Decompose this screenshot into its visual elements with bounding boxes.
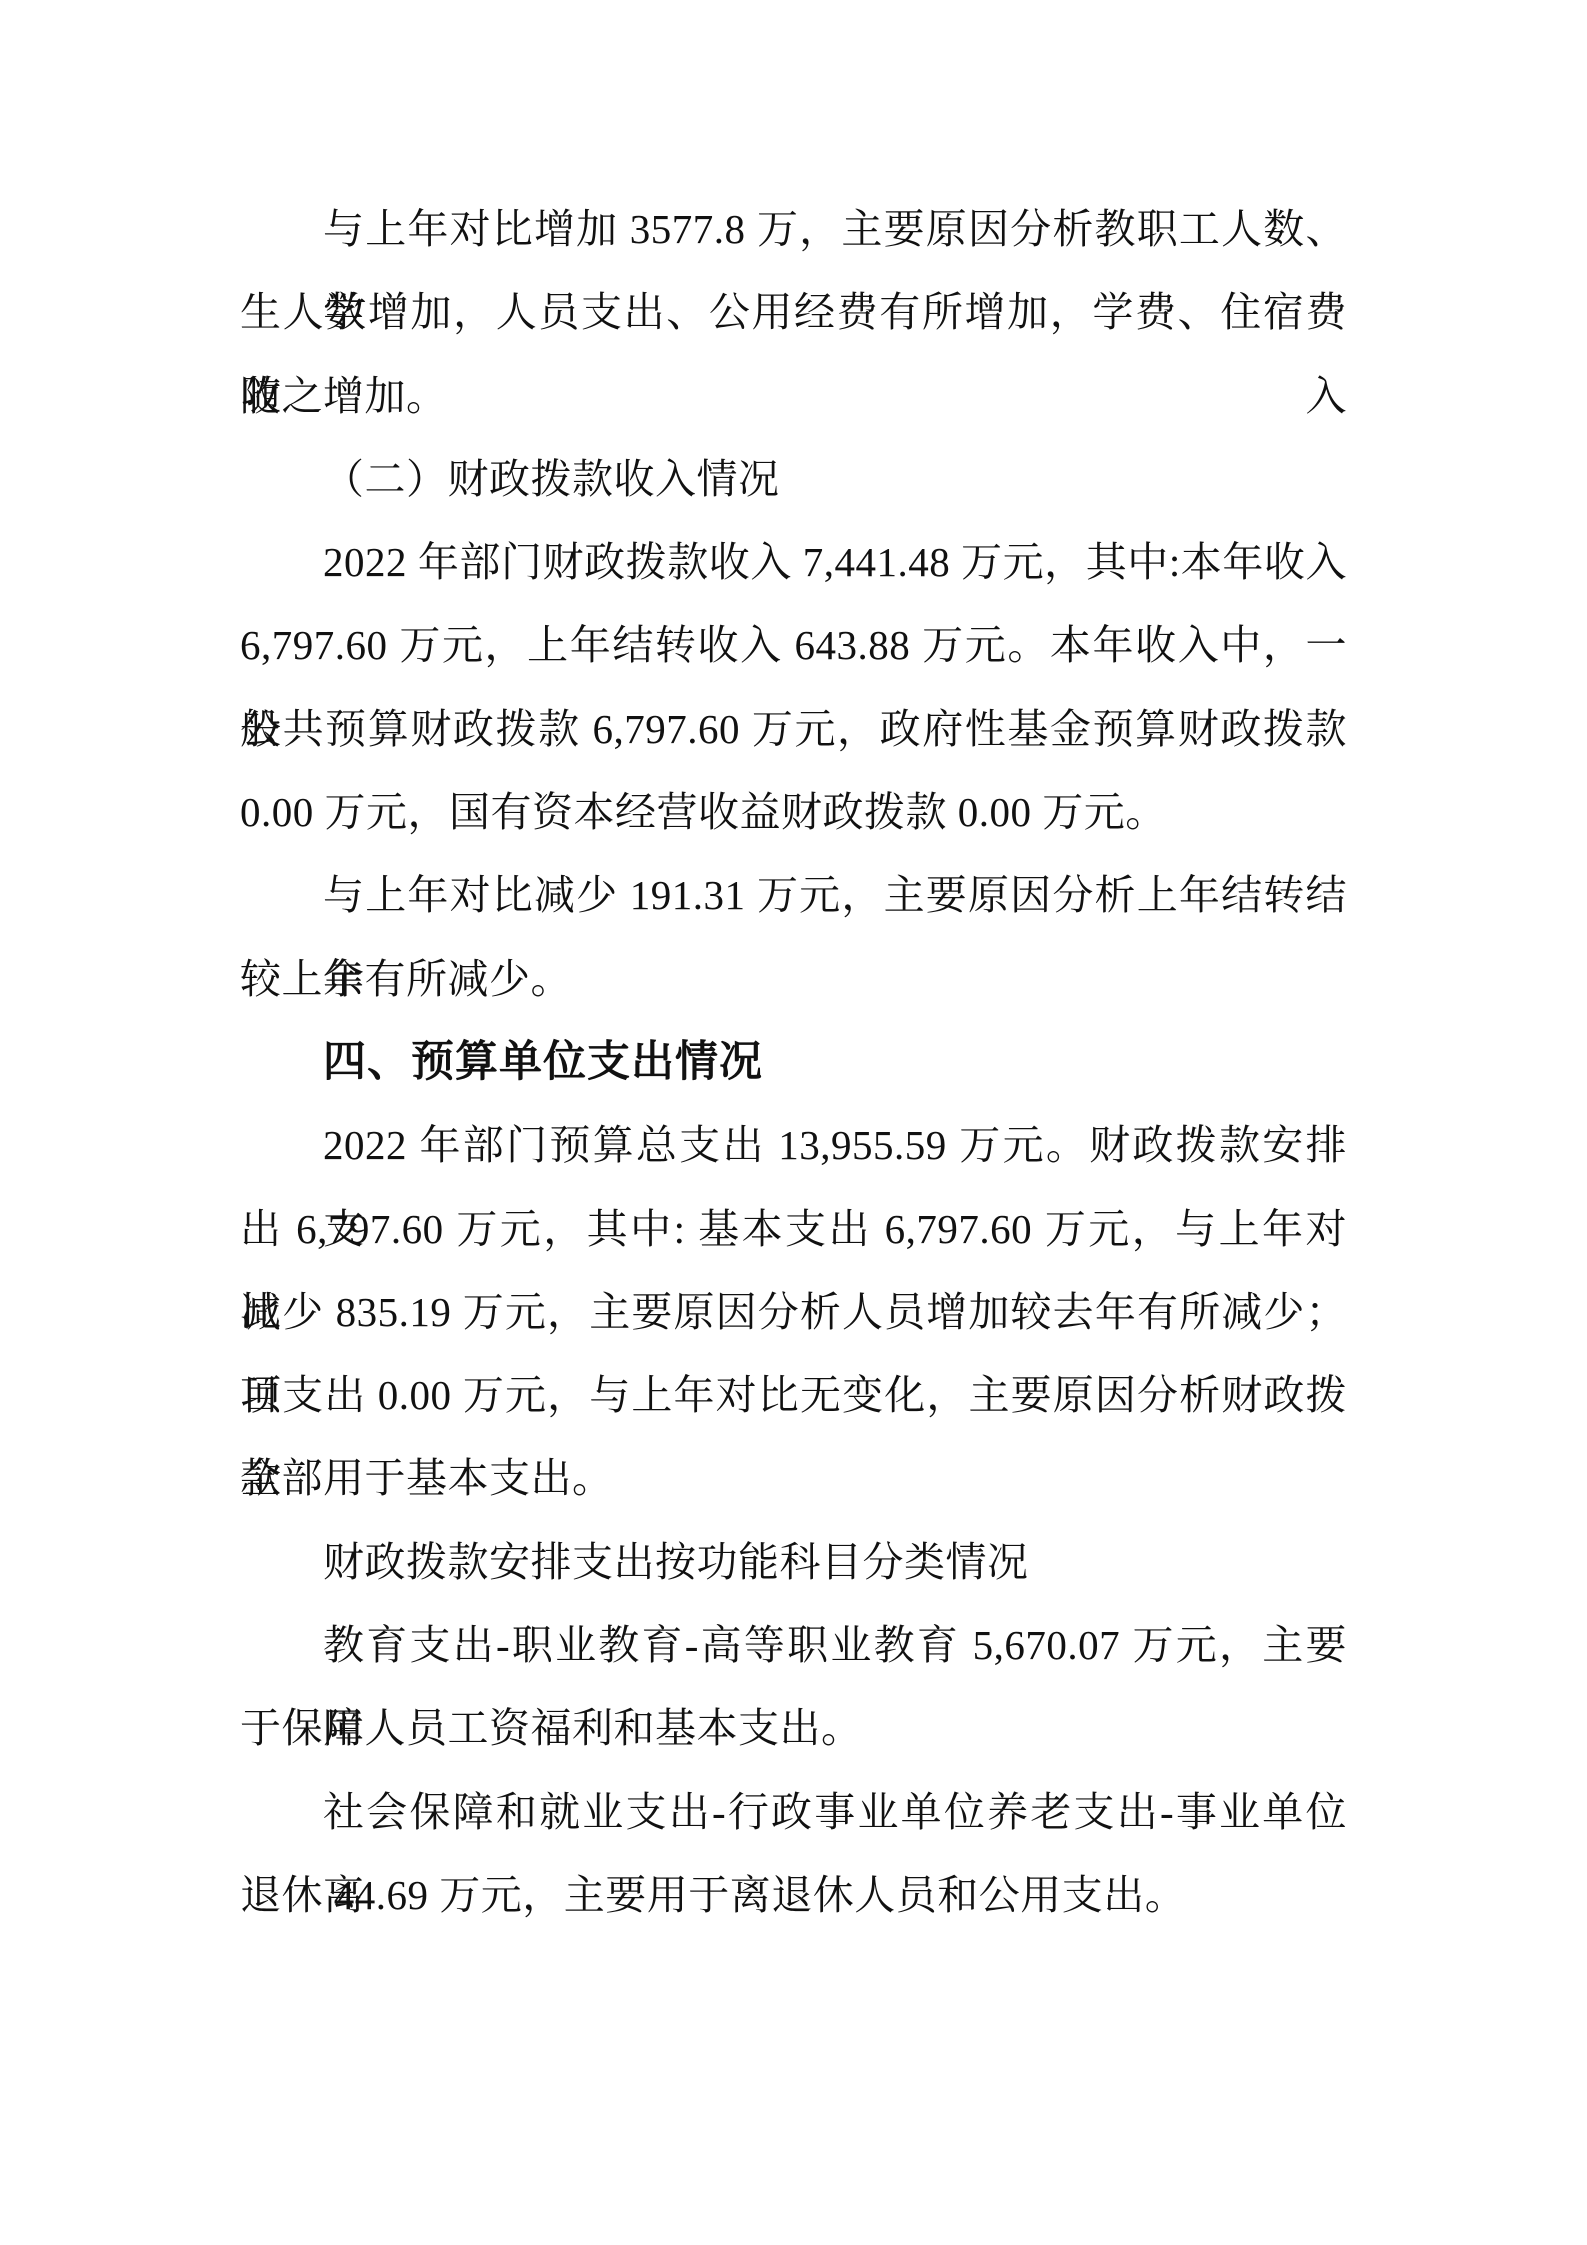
text-line: 较上年有所减少。 [240,938,1347,1021]
text-line: 6,797.60 万元，上年结转收入 643.88 万元。本年收入中，一般 [240,604,1347,687]
text-line: 与上年对比减少 191.31 万元，主要原因分析上年结转结余 [240,854,1347,937]
text-line: 退休 44.69 万元，主要用于离退休人员和公用支出。 [240,1854,1347,1937]
text-line: 公共预算财政拨款 6,797.60 万元，政府性基金预算财政拨款 [240,688,1347,771]
text-line: 出 6,797.60 万元，其中: 基本支出 6,797.60 万元，与上年对比 [240,1188,1347,1271]
text-line: 教育支出-职业教育-高等职业教育 5,670.07 万元，主要用 [240,1604,1347,1687]
text-line: 财政拨款安排支出按功能科目分类情况 [240,1521,1347,1604]
text-line: 减少 835.19 万元，主要原因分析人员增加较去年有所减少；项 [240,1271,1347,1354]
text-line: 全部用于基本支出。 [240,1437,1347,1520]
text-line: 社会保障和就业支出-行政事业单位养老支出-事业单位离 [240,1771,1347,1854]
text-line: 2022 年部门财政拨款收入 7,441.48 万元，其中:本年收入 [240,521,1347,604]
text-line: （二）财政拨款收入情况 [240,438,1347,521]
text-line: 与上年对比增加 3577.8 万，主要原因分析教职工人数、学 [240,188,1347,271]
document-body: 与上年对比增加 3577.8 万，主要原因分析教职工人数、学生人数增加，人员支出… [240,188,1347,1937]
text-line: 目支出 0.00 万元，与上年对比无变化，主要原因分析财政拨款 [240,1354,1347,1437]
text-line: 0.00 万元，国有资本经营收益财政拨款 0.00 万元。 [240,771,1347,854]
text-line: 2022 年部门预算总支出 13,955.59 万元。财政拨款安排支 [240,1104,1347,1187]
text-line: 于保障人员工资福利和基本支出。 [240,1687,1347,1770]
document-page: 与上年对比增加 3577.8 万，主要原因分析教职工人数、学生人数增加，人员支出… [0,0,1587,2245]
section-heading: 四、预算单位支出情况 [240,1021,1347,1104]
text-line: 生人数增加，人员支出、公用经费有所增加，学费、住宿费收入 [240,271,1347,354]
